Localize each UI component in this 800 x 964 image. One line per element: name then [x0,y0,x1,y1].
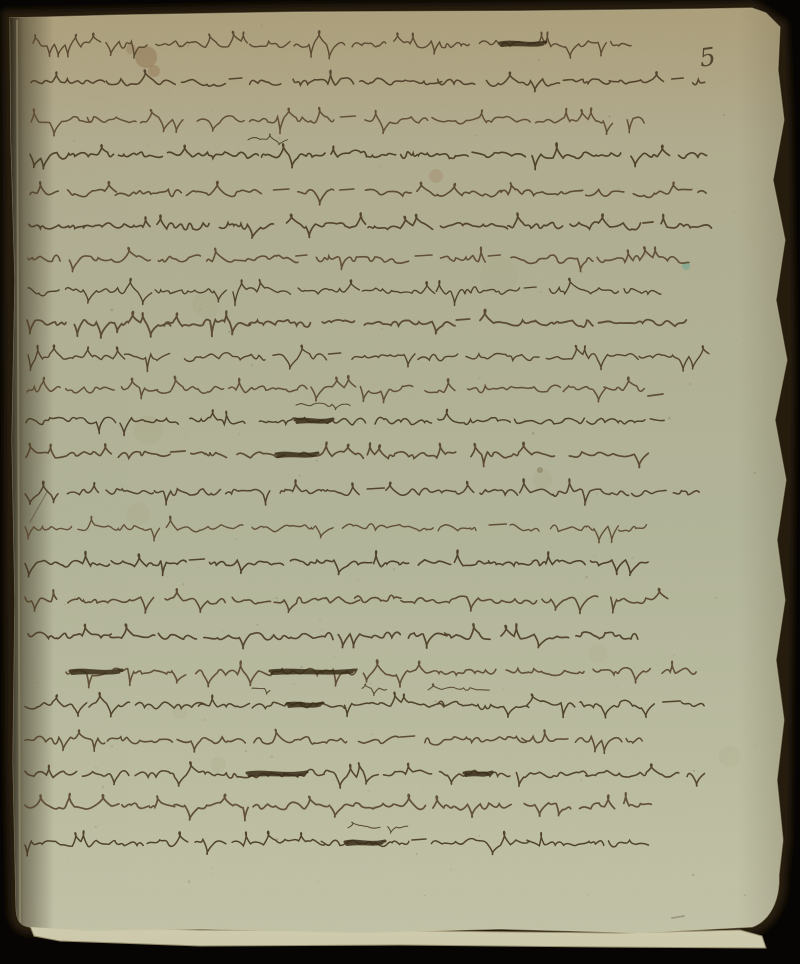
top-edge-tint [10,8,790,138]
binding-gutter-shadow [8,8,54,938]
manuscript-scan: 5 [0,0,800,964]
photo-backdrop: 5 [0,0,800,964]
paper-grain-texture [0,0,800,964]
